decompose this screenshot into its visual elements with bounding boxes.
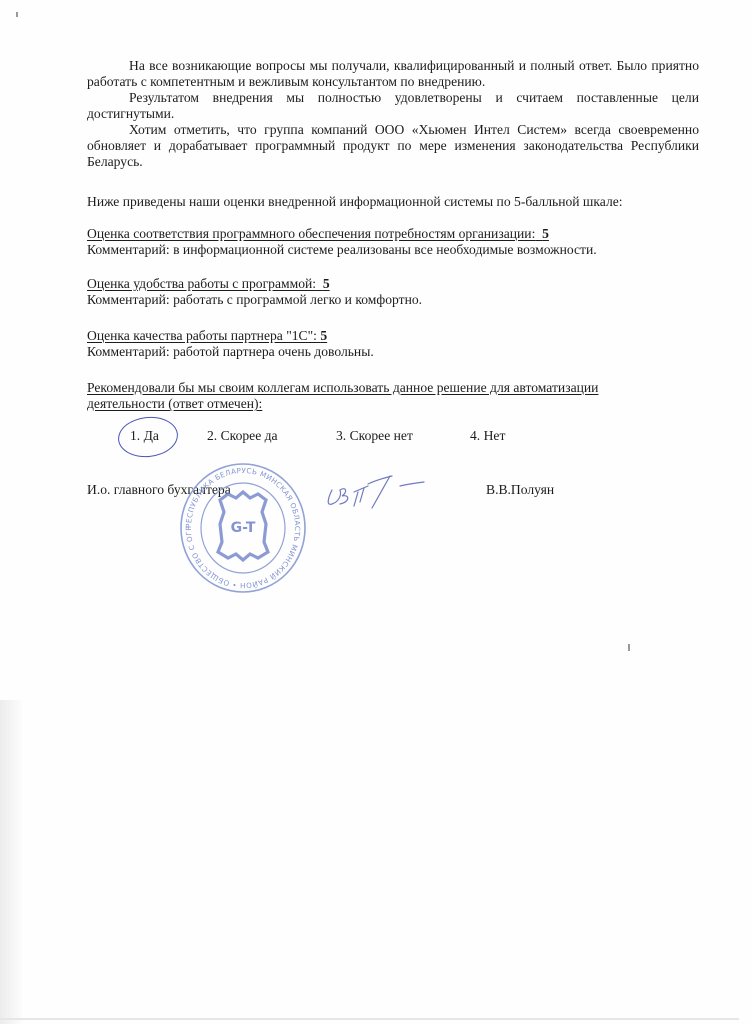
rating-comment: Комментарий: в информационной системе ре…: [87, 242, 699, 258]
body-text: На все возникающие вопросы мы получали, …: [87, 58, 699, 170]
rating-score: 5: [320, 328, 327, 343]
answer-option-3: 3. Скорее нет: [336, 428, 413, 444]
answer-option-1: 1. Да: [130, 428, 159, 444]
handwritten-signature-icon: [320, 468, 440, 516]
rating-title: Оценка качества работы партнера "1С":: [87, 328, 317, 343]
scan-speck: [628, 644, 630, 651]
scan-shadow: [0, 700, 24, 1024]
answer-option-2: 2. Скорее да: [207, 428, 278, 444]
rating-score: 5: [542, 226, 549, 241]
scan-speck: [16, 12, 18, 17]
ratings-intro: Ниже приведены наши оценки внедренной ин…: [87, 194, 699, 210]
rating-block-2: Оценка удобства работы с программой: 5 К…: [87, 276, 699, 308]
stamp-logo-text: G-T: [231, 520, 256, 536]
signer-name: В.В.Полуян: [486, 482, 554, 498]
rating-score: 5: [323, 276, 330, 291]
rating-comment: Комментарий: работой партнера очень дово…: [87, 344, 699, 360]
answer-option-4: 4. Нет: [470, 428, 505, 444]
rating-comment: Комментарий: работать с программой легко…: [87, 292, 699, 308]
rating-block-1: Оценка соответствия программного обеспеч…: [87, 226, 699, 258]
scanned-letter-page: На все возникающие вопросы мы получали, …: [0, 0, 751, 1024]
scan-edge: [0, 1018, 739, 1020]
rating-title: Оценка удобства работы с программой:: [87, 276, 316, 291]
paragraph-2: Результатом внедрения мы полностью удовл…: [87, 90, 699, 122]
paragraph-1: На все возникающие вопросы мы получали, …: [87, 58, 699, 90]
recommendation-question: Рекомендовали бы мы своим коллегам испол…: [87, 380, 699, 412]
company-stamp-icon: РЕСПУБЛИКА БЕЛАРУСЬ МИНСКАЯ ОБЛАСТЬ МИНС…: [178, 462, 308, 594]
paragraph-3: Хотим отметить, что группа компаний ООО …: [87, 122, 699, 170]
rating-title: Оценка соответствия программного обеспеч…: [87, 226, 535, 241]
rating-block-3: Оценка качества работы партнера "1С": 5 …: [87, 328, 699, 360]
